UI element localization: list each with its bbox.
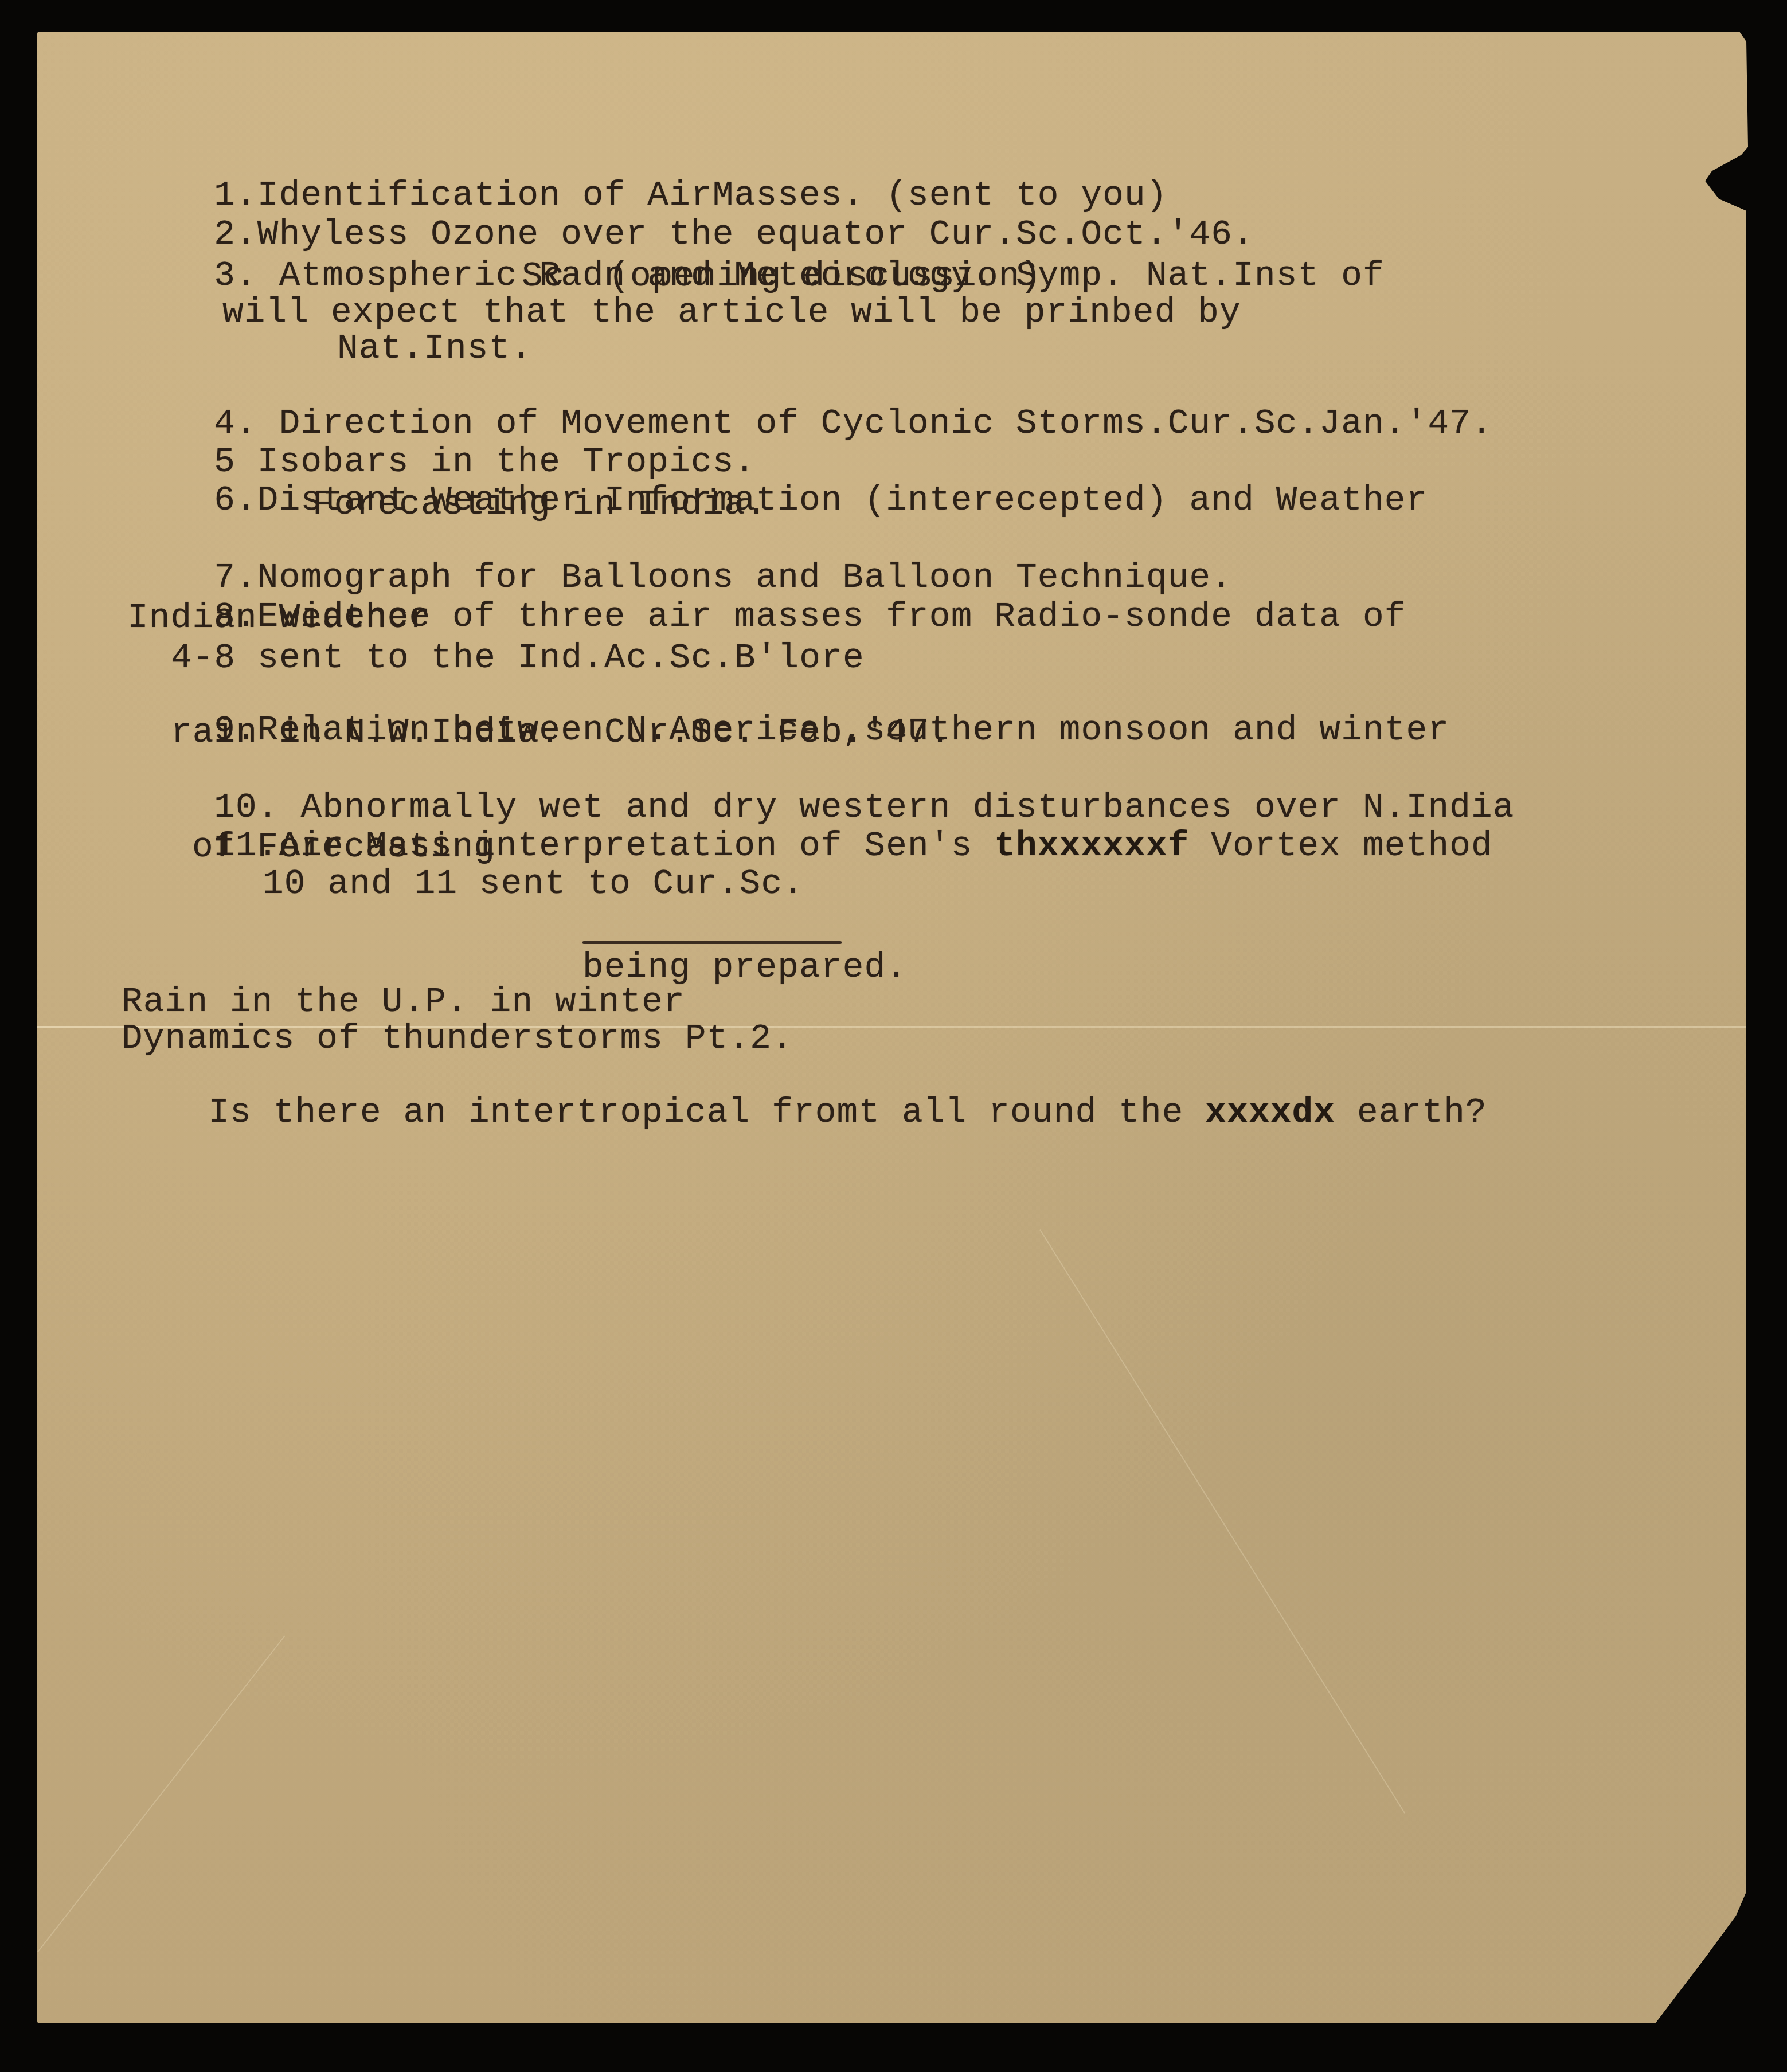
- list-item-11-continuation: of Forecasting: [192, 830, 495, 865]
- section-divider-rule: [582, 941, 842, 944]
- list-item-3-note-end: Nat.Inst.: [337, 331, 532, 366]
- prepared-item: Is there an intertropical fromt all roun…: [122, 1060, 1487, 1165]
- struck-out-text: xxxxdx: [1205, 1093, 1335, 1133]
- note-items-10-11: 10 and 11 sent to Cur.Sc.: [263, 867, 804, 902]
- prepared-item: Rain in the U.P. in winter: [122, 985, 685, 1020]
- prepared-item: Dynamics of thunderstorms Pt.2.: [122, 1021, 793, 1056]
- item-text-end: Vortex method: [1211, 827, 1492, 866]
- being-prepared-heading: being prepared.: [582, 950, 908, 985]
- note-items-4-8: 4-8 sent to the Ind.Ac.Sc.B'lore: [171, 641, 865, 676]
- list-item-3-continuation: Sc (opening discussion): [522, 259, 1042, 294]
- item-number: 6.: [214, 481, 257, 520]
- list-item-9-continuation: rain in N.W.India. Cur.Sc. Feb.'47.: [171, 715, 951, 750]
- list-item-3-note: will expect that the article will be pri…: [222, 295, 1241, 330]
- list-item-6-continuation: Forecasting in India.: [312, 487, 768, 522]
- item-number: 3.: [214, 256, 257, 296]
- struck-out-text: thxxxxxxf: [994, 827, 1189, 866]
- list-item-8-continuation: Indian Weather: [127, 601, 431, 636]
- document-body: 1.Identification of AirMasses. (sent to …: [0, 0, 1787, 2072]
